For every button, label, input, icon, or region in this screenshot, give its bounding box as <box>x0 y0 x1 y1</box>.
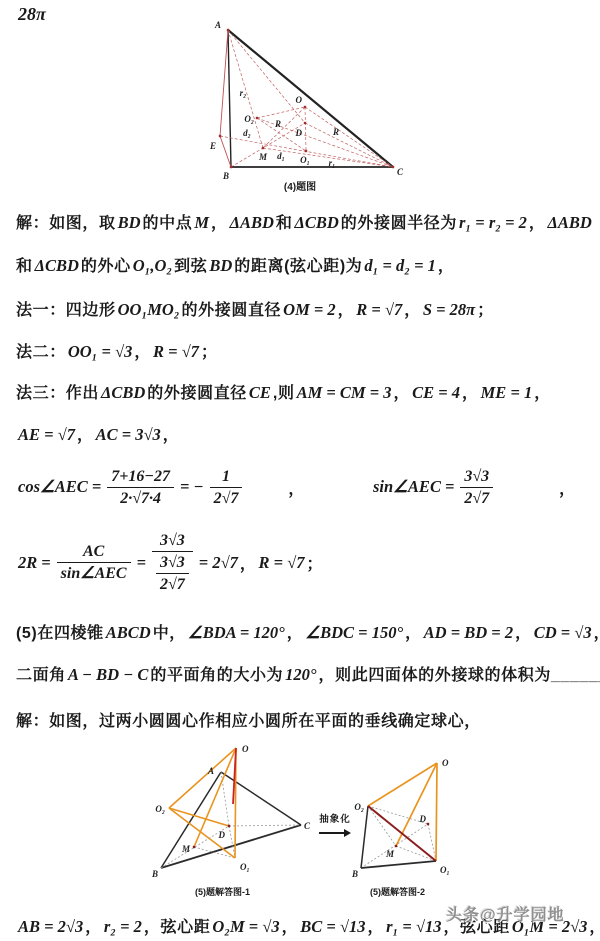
fig4-label-E: E <box>209 141 216 151</box>
text-segment: 解：如图，取 <box>16 215 116 232</box>
text-segment: 到弦 <box>174 258 207 275</box>
method-3-line: 法三：作出ΔCBD的外接圆直径CE,则AM = CM = 3，CE = 4，ME… <box>16 382 551 405</box>
r-frac1-num: AC <box>57 542 131 563</box>
sin-frac-den: 2√7 <box>460 488 493 508</box>
math-segment: BD <box>116 213 143 232</box>
r-eq2: = <box>135 553 148 573</box>
math-segment: ΔCBD <box>33 256 81 275</box>
math-segment: r₂ = 2 <box>102 917 144 936</box>
math-segment: OO₁MO₂ <box>116 300 182 319</box>
r-eq: = <box>39 553 52 573</box>
sin-eq: = <box>443 477 456 497</box>
fig5-1-label-B: B <box>151 869 158 879</box>
r-fraction-1: AC sin∠AEC <box>57 542 131 583</box>
text-segment: ， <box>462 385 479 402</box>
text-segment: (5)在四棱锥 <box>16 625 104 642</box>
r-eq3: = 2√7 <box>197 553 240 573</box>
r-frac2-num: 3√3 <box>152 531 193 552</box>
math-segment: O₁,O₂ <box>131 256 174 275</box>
text-segment: 的外接圆直径 <box>147 385 247 402</box>
text-segment: ______ <box>551 667 600 684</box>
math-segment: ∠BDC = 150° <box>303 623 405 642</box>
figure-4-caption: (4)题图 <box>180 178 420 193</box>
math-segment: A − BD − C <box>66 665 151 684</box>
method-1-line: 法一：四边形OO₁MO₂的外接圆直径OM = 2，R = √7，S = 28π； <box>16 299 494 322</box>
cos-frac1-num: 7+16−27 <box>107 467 174 488</box>
ae-ac-line: AE = √7，AC = 3√3， <box>16 424 179 447</box>
r-tail: R = √7 <box>257 553 307 573</box>
text-segment: ， <box>338 302 355 319</box>
math-segment: r₁ = r₂ = 2 <box>457 213 529 232</box>
text-segment: 的距离(弦心距)为 <box>234 258 362 275</box>
figure-5-2-caption: (5)题解答图-2 <box>340 885 455 898</box>
fig4-label-D: D <box>295 128 303 138</box>
math-segment: AB = 2√3 <box>16 917 85 936</box>
r-nested-den: 2√7 <box>156 574 189 594</box>
fig5-1-label-O1: O₁ <box>240 862 250 872</box>
math-segment: AM = CM = 3 <box>295 383 394 402</box>
r-frac1-den: sin∠AEC <box>57 563 131 583</box>
text-segment: 法二： <box>16 344 66 361</box>
fig4-label-d1: d₁ <box>277 151 285 161</box>
math-segment: CE = 4 <box>410 383 462 402</box>
radius-formula-row: 2R = AC sin∠AEC = 3√3 3√3 2√7 = 2√7 ， R … <box>16 520 323 605</box>
text-segment: ， <box>405 625 422 642</box>
fig5-1-label-C: C <box>304 821 311 831</box>
text-segment: 和 <box>276 215 293 232</box>
fig4-label-A: A <box>214 20 221 30</box>
problem-5-solution-intro: 解：如图，过两小圆圆心作相应小圆所在平面的垂线确定球心， <box>16 711 481 733</box>
figure-4-triangle-edges <box>228 30 393 167</box>
math-segment: ΔCBD <box>293 213 341 232</box>
math-segment: CE <box>247 383 273 402</box>
math-segment: AC = 3√3 <box>94 425 163 444</box>
math-segment: ΔABD <box>546 213 594 232</box>
method-2-line: 法二：OO₁ = √3，R = √7； <box>16 341 218 364</box>
fig5-1-label-O: O <box>242 744 249 754</box>
text-segment: 的平面角的大小为 <box>150 667 283 684</box>
cos-sin-formula-row: cos∠AEC = 7+16−27 2·√7·4 = − 1 2√7 ， sin… <box>16 463 576 511</box>
fig4-label-C: C <box>397 167 404 177</box>
r-frac2-den: 3√3 2√7 <box>152 552 193 594</box>
math-segment: r₁ = √13 <box>384 917 443 936</box>
text-segment: ； <box>477 302 494 319</box>
text-segment: ， <box>85 919 102 936</box>
figure-5-1-caption: (5)题解答图-1 <box>125 885 320 898</box>
fig4-label-O2: O₂ <box>244 114 254 124</box>
text-segment: ，弦心距 <box>144 919 210 936</box>
math-segment: BC = √13 <box>298 917 367 936</box>
fig5-2-label-O: O <box>442 758 449 768</box>
cos-frac2-den: 2√7 <box>210 488 243 508</box>
math-segment: S = 28π <box>421 300 477 319</box>
problem-5-line-1: (5)在四棱锥ABCD中，∠BDA = 120°，∠BDC = 150°，AD … <box>16 622 600 645</box>
math-segment: ΔABD <box>228 213 276 232</box>
fig5-2-label-O1: O₁ <box>440 865 450 875</box>
math-segment: ΔCBD <box>99 383 147 402</box>
r-comma: ， <box>240 551 257 574</box>
text-segment: ，则此四面体的外接球的体积为 <box>319 667 551 684</box>
r-nested-num: 3√3 <box>156 553 189 574</box>
cos-eq2: = − <box>178 477 206 497</box>
text-segment: 二面角 <box>16 667 66 684</box>
answer-value: 28π <box>18 4 46 25</box>
sin-comma: ， <box>559 476 576 499</box>
fig4-label-R-inner: R <box>274 119 281 129</box>
figure-4-diagram: A B C E O O₂ D M O₁ r₂ R R d₂ d₁ r₁ <box>180 20 420 195</box>
fig5-2-point-markers <box>395 823 429 847</box>
text-segment: 法三：作出 <box>16 385 99 402</box>
text-segment: 和 <box>16 258 33 275</box>
sin-frac-num: 3√3 <box>460 467 493 488</box>
fig5-2-orange-edges <box>368 763 437 861</box>
fig4-label-R-outer: R <box>332 127 339 137</box>
text-segment: ， <box>404 302 421 319</box>
text-segment: ， <box>515 625 532 642</box>
fig4-label-r2: r₂ <box>240 88 247 98</box>
text-segment: ， <box>163 427 180 444</box>
r-fraction-2: 3√3 3√3 2√7 <box>152 531 193 594</box>
fig5-2-label-O2: O₂ <box>354 802 364 812</box>
math-segment: 120° <box>283 665 318 684</box>
fig5-2-label-D: D <box>419 814 427 824</box>
text-segment: 的外接圆半径为 <box>341 215 457 232</box>
text-segment: ， <box>529 215 546 232</box>
fig4-label-d2: d₂ <box>243 128 251 138</box>
text-segment: ， <box>394 385 411 402</box>
cos-fraction-1: 7+16−27 2·√7·4 <box>107 467 174 508</box>
fig5-1-label-D: D <box>218 830 226 840</box>
fig4-label-O1: O₁ <box>300 155 310 165</box>
text-segment: 法一：四边形 <box>16 302 116 319</box>
sin-lhs: sin∠AEC <box>371 477 443 497</box>
fig5-1-label-O2: O₂ <box>155 804 165 814</box>
text-segment: ,则 <box>273 385 295 402</box>
math-segment: ME = 1 <box>479 383 535 402</box>
figure-5-2-diagram: O O₂ D M B O₁ <box>340 752 455 884</box>
document-page: 28π <box>0 0 600 941</box>
solution-line-2: 和ΔCBD的外心O₁,O₂到弦BD的距离(弦心距)为d₁ = d₂ = 1， <box>16 255 455 278</box>
watermark: 头条@升学园地 <box>446 902 565 925</box>
text-segment: ， <box>534 385 551 402</box>
text-segment: ， <box>438 258 455 275</box>
math-segment: M <box>192 213 211 232</box>
math-segment: R = √7 <box>354 300 404 319</box>
fig5-1-label-A: A <box>207 766 214 776</box>
math-segment: CD = √3 <box>532 623 594 642</box>
text-segment: ， <box>287 625 304 642</box>
cos-lhs: cos∠AEC <box>16 477 90 497</box>
math-segment: R = √7 <box>151 342 201 361</box>
math-segment: ABCD <box>104 623 153 642</box>
fig4-label-O: O <box>296 95 303 105</box>
text-segment: ， <box>77 427 94 444</box>
text-segment: ； <box>201 344 218 361</box>
cos-eq: = <box>90 477 103 497</box>
fig4-label-r1: r₁ <box>329 158 336 168</box>
r-semicolon: ； <box>306 551 323 574</box>
cos-frac1-den: 2·√7·4 <box>107 488 174 508</box>
fig4-label-M: M <box>258 152 268 162</box>
math-segment: OO₁ = √3 <box>66 342 135 361</box>
text-segment: ， <box>282 919 299 936</box>
text-segment: 的外接圆直径 <box>182 302 282 319</box>
math-segment: d₁ = d₂ = 1 <box>362 256 438 275</box>
r-nested-fraction: 3√3 2√7 <box>156 553 189 594</box>
text-segment: ， <box>594 625 600 642</box>
problem-5-line-2: 二面角A − BD − C的平面角的大小为120°，则此四面体的外接球的体积为_… <box>16 664 600 687</box>
figure-5-1-diagram: O A O₂ D C M O₁ B <box>125 738 320 896</box>
text-segment: 的外心 <box>81 258 131 275</box>
text-segment: 的中点 <box>143 215 193 232</box>
math-segment: AD = BD = 2 <box>422 623 515 642</box>
fig5-2-label-B: B <box>351 869 358 879</box>
r-lhs: 2R <box>16 553 39 573</box>
cos-comma: ， <box>288 476 305 499</box>
text-segment: ， <box>367 919 384 936</box>
math-segment: BD <box>207 256 234 275</box>
fig5-1-label-M: M <box>181 844 191 854</box>
math-segment: OM = 2 <box>281 300 338 319</box>
sin-fraction: 3√3 2√7 <box>460 467 493 508</box>
text-segment: 中， <box>153 625 186 642</box>
text-segment: ， <box>211 215 228 232</box>
text-segment: ， <box>589 919 600 936</box>
text-segment: 解：如图，过两小圆圆心作相应小圆所在平面的垂线确定球心， <box>16 713 481 730</box>
math-segment: ∠BDA = 120° <box>186 623 287 642</box>
text-segment: ， <box>134 344 151 361</box>
fig5-2-label-M: M <box>385 849 395 859</box>
cos-fraction-2: 1 2√7 <box>210 467 243 508</box>
math-segment: O₂M = √3 <box>210 917 281 936</box>
cos-frac2-num: 1 <box>210 467 243 488</box>
math-segment: AE = √7 <box>16 425 77 444</box>
solution-line-1: 解：如图，取BD的中点M，ΔABD和ΔCBD的外接圆半径为r₁ = r₂ = 2… <box>16 212 594 235</box>
